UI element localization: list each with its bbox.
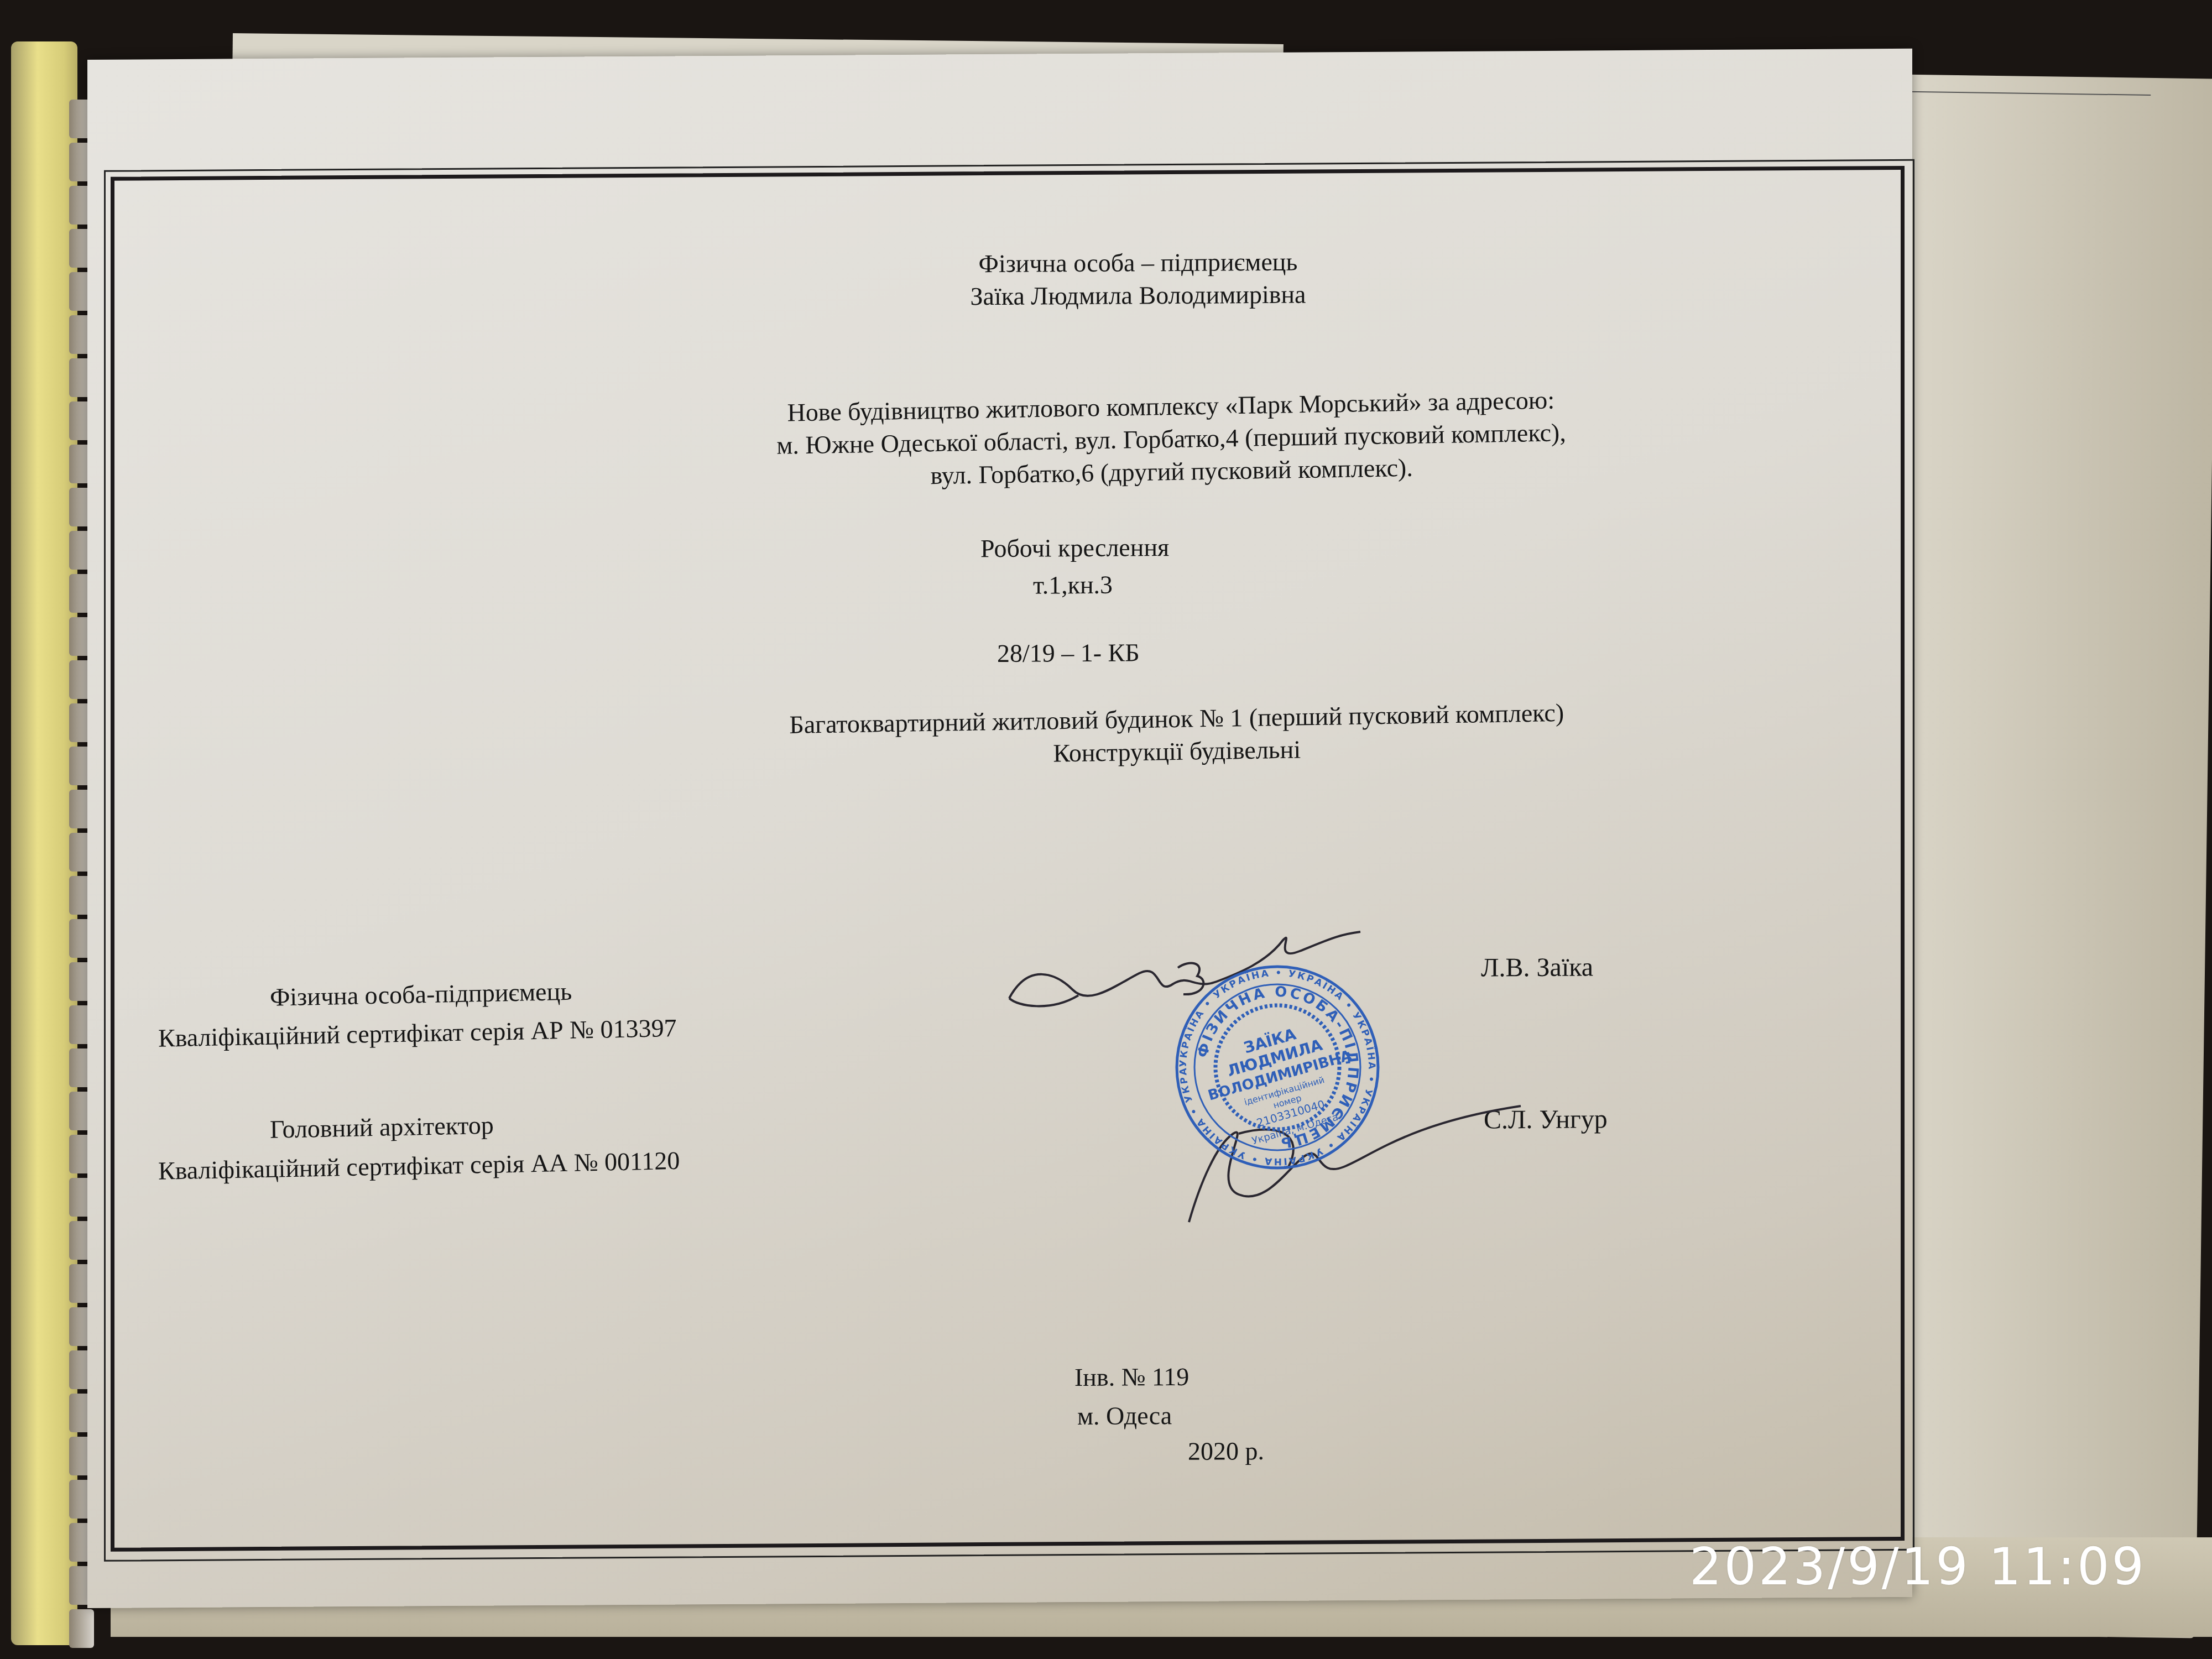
official-stamp: УКРАЇНА • УКРАЇНА • УКРАЇНА • УКРАЇНА • … — [1172, 962, 1383, 1172]
stage-title: Робочі креслення — [980, 531, 1169, 565]
signatory-1-name: Л.В. Заїка — [1481, 950, 1593, 985]
title-page: Фізична особа – підприємець Заїка Людмил… — [87, 49, 1912, 1608]
project-block: Нове будівництво житлового комплексу «Па… — [776, 384, 1566, 494]
header-block: Фізична особа – підприємець Заїка Людмил… — [970, 246, 1306, 313]
header-entity-type: Фізична особа – підприємець — [970, 246, 1306, 281]
comb-binding — [11, 41, 77, 1645]
photo-timestamp: 2023/9/19 11:09 — [1689, 1537, 2146, 1597]
signatory-1-role: Фізична особа-підприємець — [270, 975, 572, 1014]
binding-tooth — [69, 1609, 94, 1648]
page-frame-inner — [111, 166, 1905, 1552]
footer-year: 2020 р. — [1188, 1435, 1264, 1468]
signatory-2-role: Головний архітектор — [270, 1109, 494, 1146]
stage-volume: т.1,кн.3 — [1033, 569, 1113, 602]
header-entity-name: Заїка Людмила Володимирівна — [970, 278, 1306, 313]
inventory-number: Інв. № 119 — [1074, 1361, 1189, 1394]
document-code: 28/19 – 1- КБ — [997, 637, 1140, 670]
footer-city: м. Одеса — [1077, 1400, 1172, 1433]
subject-block: Багатоквартирний житловий будинок № 1 (п… — [789, 697, 1564, 774]
